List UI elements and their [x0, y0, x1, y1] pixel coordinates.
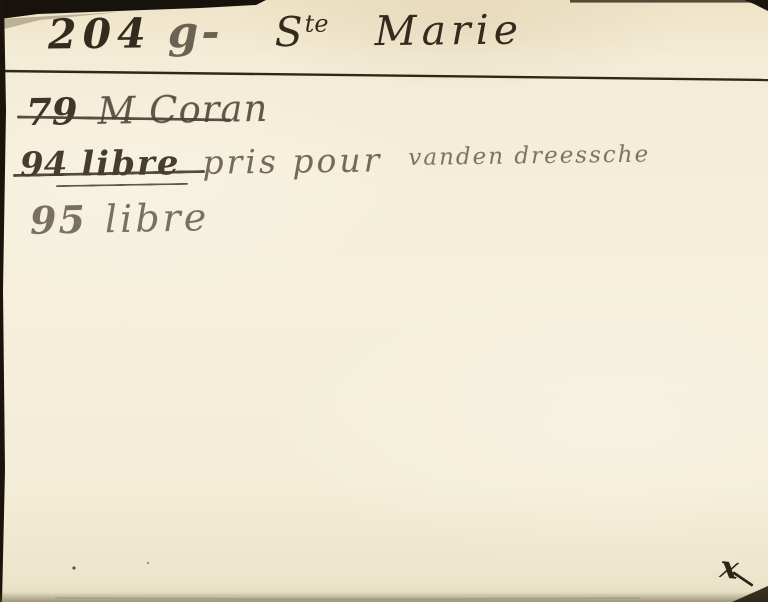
torn-edge-top-right-corner [744, 0, 768, 11]
header-suffix-pencil: g- [167, 7, 223, 59]
entry-annotation: pris pour [202, 140, 382, 182]
torn-edge-bottom-right [732, 586, 768, 602]
header-name: Marie [374, 6, 523, 56]
entry-status: libre [104, 195, 209, 241]
entry-number: 95 [30, 197, 88, 243]
entry-scribbled-name: M Coran [97, 87, 269, 133]
saint-abbreviation: Ste [274, 8, 328, 57]
rule-line [0, 71, 768, 80]
corner-x-mark: x [718, 549, 740, 587]
archive-card: 204g-SteMarie 79M Coran 94librepris pour… [0, 0, 768, 602]
card-number: 204 [48, 9, 152, 58]
entry-95: 95libre [30, 194, 210, 243]
entry-person-name: vanden dreessche [408, 142, 650, 171]
paper-speck [147, 562, 149, 564]
entry-number: 94 [20, 145, 68, 186]
entry-status: libre [81, 143, 181, 184]
bottom-shadow [0, 592, 768, 602]
saint-superscript: te [304, 10, 328, 38]
entry-94: 94librepris pourvanden dreessche [20, 137, 651, 186]
bottom-shadow-line [55, 598, 640, 599]
saint-letter: S [274, 8, 305, 56]
paper-speck [72, 566, 75, 569]
torn-edge-top-right-line [570, 0, 768, 3]
header-line: 204g-SteMarie [48, 4, 523, 60]
entry-number: 79 [26, 89, 78, 134]
torn-edge-left [0, 0, 6, 602]
entry-79: 79M Coran [26, 86, 269, 134]
